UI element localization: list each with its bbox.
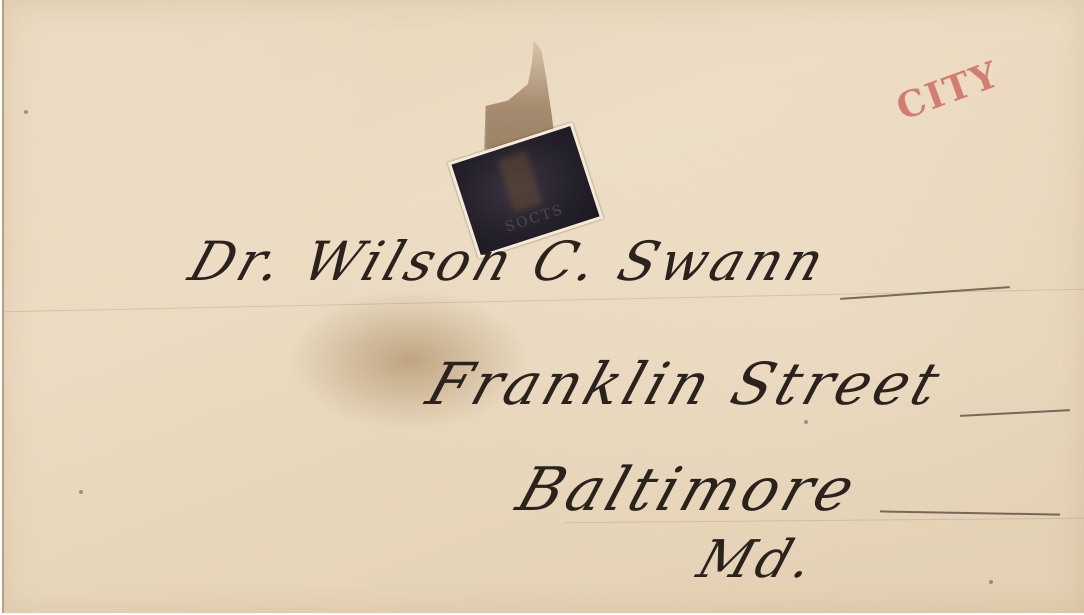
foxing-spot <box>989 580 993 584</box>
address-line-city: Baltimore <box>509 455 867 525</box>
stamp-stain <box>497 151 543 213</box>
address-line-name: Dr. Wilson C. Swann <box>182 230 836 293</box>
address-line-state: Md. <box>690 530 825 590</box>
address-line-street: Franklin Street <box>419 350 952 418</box>
foxing-spot <box>24 110 28 114</box>
foxing-spot <box>79 490 83 494</box>
foxing-spot <box>804 420 808 424</box>
